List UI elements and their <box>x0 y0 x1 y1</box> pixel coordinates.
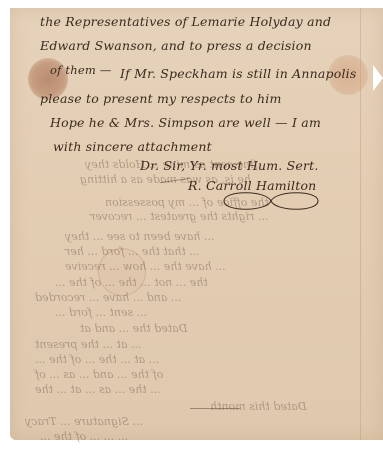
signature-flourish-icon <box>216 188 326 214</box>
letter-line: with sincere attachment <box>53 139 212 154</box>
letter-line: Edward Swanson, and to press a decision <box>40 38 312 53</box>
letter-line: If Mr. Speckham is still in Annapolis <box>120 66 356 81</box>
bleed-underline <box>190 408 240 409</box>
letter-line: Hope he & Mrs. Simpson are well — I am <box>50 115 321 130</box>
bleed-line: ... have been to see ... they <box>65 230 214 243</box>
bleed-line: ... sent ... ford ... <box>55 306 147 319</box>
bleed-line: ... have the ... how ... receive <box>65 260 226 273</box>
bleed-line: ... and ... have ... recorded <box>35 291 181 304</box>
bleed-line: Dated the ... and at <box>80 322 188 335</box>
bleed-line: the ... not ... the ... of the ... <box>55 276 208 289</box>
bleed-line: ... at ... the ... of the ... <box>35 353 159 366</box>
bleed-line: ... Signature ... Tracy <box>25 415 143 428</box>
bleed-line: ... at ... the present <box>35 338 141 351</box>
bleed-line: of the ... and ... as ... of <box>35 368 163 381</box>
closing-line: Dr. Sir, Yr. most Hum. Sert. <box>140 158 319 173</box>
bleed-line: Dated this month <box>210 400 307 413</box>
bleed-line: ... that the ... ford ... her <box>65 245 200 258</box>
letter-line: the Representatives of Lemarie Holyday a… <box>40 14 331 29</box>
letter-page: fine sent as mine ... Holds they he is, … <box>10 8 383 440</box>
bleed-line: ... ... ... of the ... <box>40 430 128 443</box>
letter-line: of them — <box>50 63 112 77</box>
torn-edge-notch <box>373 65 383 91</box>
letter-line: please to present my respects to him <box>40 91 282 106</box>
bleed-line: ... the ... as ... at ... the <box>35 383 161 396</box>
